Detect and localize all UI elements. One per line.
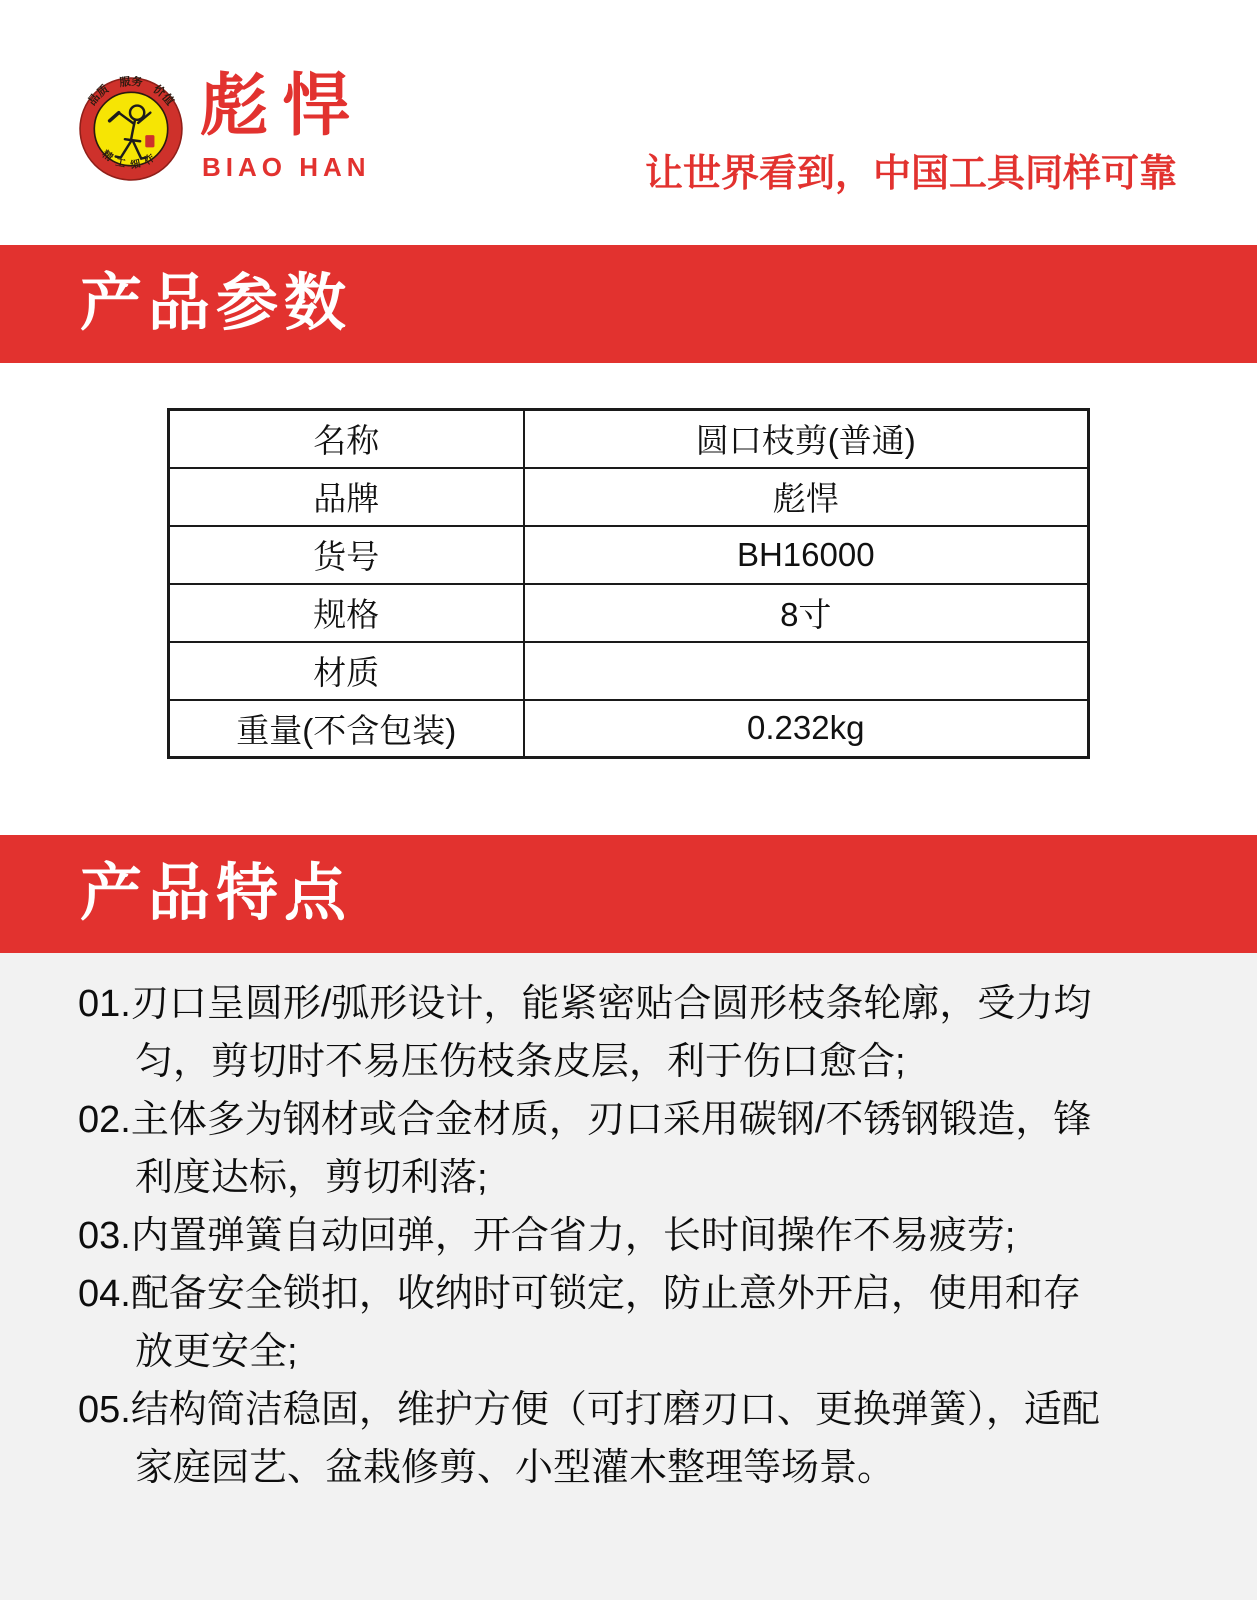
section-banner-params: 产品参数: [0, 245, 1257, 363]
spec-value-cell: 圆口枝剪(普通): [524, 410, 1089, 468]
brand-logo: 品质 服务 价值 精工细作: [78, 76, 184, 182]
spec-value-cell: 彪悍: [524, 468, 1089, 526]
brand-tagline: 让世界看到，中国工具同样可靠: [645, 142, 1177, 197]
spec-value-cell: 8寸: [524, 584, 1089, 642]
feature-item: 05.结构简洁稳固，维护方便（可打磨刃口、更换弹簧），适配家庭园艺、盆栽修剪、小…: [78, 1381, 1108, 1497]
feature-item: 01.刃口呈圆形/弧形设计，能紧密贴合圆形枝条轮廓，受力均匀，剪切时不易压伤枝条…: [78, 975, 1108, 1091]
table-row: 名称 圆口枝剪(普通): [169, 410, 1089, 468]
brand-name-cn: 彪悍: [200, 70, 364, 142]
spec-label-cell: 材质: [169, 642, 524, 700]
logo-seal-mark: [145, 135, 154, 147]
table-row: 品牌 彪悍: [169, 468, 1089, 526]
section-title-features: 产品特点: [80, 863, 352, 925]
header: 品质 服务 价值 精工细作 彪悍 BIAO HAN 让世界看到，中国工具: [0, 0, 1257, 245]
table-row: 货号 BH16000: [169, 526, 1089, 584]
feature-list: 01.刃口呈圆形/弧形设计，能紧密贴合圆形枝条轮廓，受力均匀，剪切时不易压伤枝条…: [78, 975, 1108, 1497]
features-section: 01.刃口呈圆形/弧形设计，能紧密贴合圆形枝条轮廓，受力均匀，剪切时不易压伤枝条…: [0, 953, 1257, 1600]
spec-label-cell: 名称: [169, 410, 524, 468]
spec-value-cell: BH16000: [524, 526, 1089, 584]
table-row: 规格 8寸: [169, 584, 1089, 642]
feature-item: 04.配备安全锁扣，收纳时可锁定，防止意外开启，使用和存放更安全;: [78, 1265, 1108, 1381]
spec-value-cell: [524, 642, 1089, 700]
feature-item: 03.内置弹簧自动回弹，开合省力，长时间操作不易疲劳;: [78, 1207, 1108, 1265]
product-spec-page: 品质 服务 价值 精工细作 彪悍 BIAO HAN 让世界看到，中国工具: [0, 0, 1257, 1600]
section-banner-features: 产品特点: [0, 835, 1257, 953]
spec-label-cell: 品牌: [169, 468, 524, 526]
spec-table-wrap: 名称 圆口枝剪(普通) 品牌 彪悍 货号 BH16000 规格 8寸 材质: [0, 408, 1257, 759]
spec-value-cell: 0.232kg: [524, 700, 1089, 758]
spec-label-cell: 货号: [169, 526, 524, 584]
table-row: 重量(不含包装) 0.232kg: [169, 700, 1089, 758]
spacer: [0, 759, 1257, 835]
section-title-params: 产品参数: [80, 273, 352, 335]
spec-table: 名称 圆口枝剪(普通) 品牌 彪悍 货号 BH16000 规格 8寸 材质: [167, 408, 1090, 759]
spacer: [0, 363, 1257, 408]
table-row: 材质: [169, 642, 1089, 700]
spec-label-cell: 重量(不含包装): [169, 700, 524, 758]
feature-item: 02.主体多为钢材或合金材质，刃口采用碳钢/不锈钢锻造，锋利度达标，剪切利落;: [78, 1091, 1108, 1207]
spec-label-cell: 规格: [169, 584, 524, 642]
brand-name-en: BIAO HAN: [202, 152, 371, 183]
